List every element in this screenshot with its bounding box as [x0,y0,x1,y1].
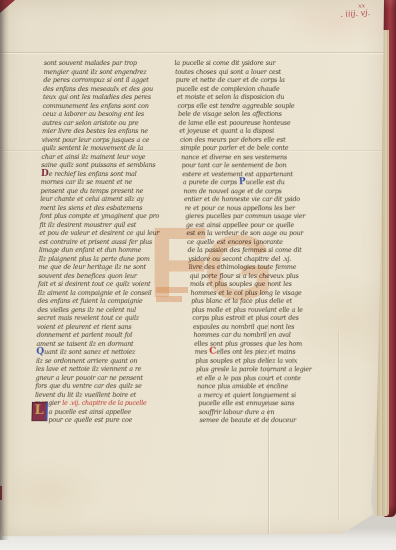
folio-main: . iiij. vj. [340,8,370,19]
text-line: De rechief les enfans sont mal [41,167,149,176]
text-line: communement les enfans sont con [43,99,151,108]
text-line: Quant ilz sont sanez et nettoiez [36,345,144,354]
text-line: semee de beaute et de douceur [199,413,332,422]
text-line: hommes car du nombril en aval [193,328,326,337]
manuscript-page: xx . iiij. vj. L sont souvent malades pa… [2,0,384,536]
watermark-caption-line [156,296,182,302]
text-line: de lame elle est paoureuse honteuse [178,116,311,125]
text-line: voient et pleurent et rient sans [37,320,145,329]
text-line: plus gresle la parole tournant a legier [195,362,328,371]
text-line: pour ce quelle est pure coe [34,413,142,422]
watermark-caption-line [156,287,188,293]
text-line: et pou de valeur et desirent ce qui leur [39,226,147,235]
text-line: autres car selon aristote ou pre [42,116,150,125]
text-line: ment les siens et des esbatemens [40,201,148,210]
text-line: quilz sentent le mouvement de la [42,141,150,150]
text-line: de la passion des femmes si come dit [187,243,320,252]
text-line: sont souvent malades par trop [44,56,152,65]
manuscript-text: pour ce quelle est pure coe [48,416,132,424]
text-line: cion des meurs par dehors elle est [179,133,312,142]
text-line: ilz se ordonnent arriere quant on [36,354,144,363]
text-line: corps plus estroit et plus court des [192,311,325,320]
text-line: Ilz aiment la compaignie et le conseil [38,286,146,295]
text-line: pucelle est de complexion chaude [176,82,309,91]
text-line: nom de nouvel aage et de corps [183,184,316,193]
text-line: mols et plus souples que nont les [189,277,322,286]
text-line: mengier le .vij. chapitre de la pucelle [35,396,143,405]
text-line: est contraire et prisent aussi fer plus [39,235,147,244]
text-line: espaules au nombril que nont les [192,320,325,329]
text-line: pure et nette de cuer et de corps la [175,73,308,82]
text-column-right: la pucelle si come dit ysidore surtoutes… [174,56,332,422]
text-line: leur chante et celui aiment silz ay [40,192,148,201]
text-line: ceuz a laborer au besoing ent les [42,107,150,116]
text-line: vivent pour leur corps jusques a ce [42,133,150,142]
text-line: des enfans des meseaulx et des gou [43,82,151,91]
text-line: mengier quant ilz sont engendrez [44,65,152,74]
text-line: secret mais revelent tout ce quilz [37,311,145,320]
text-line: plus molle et plus rouvelant elle a le [191,303,324,312]
manuscript-text: semee de beaute et de douceur [199,416,296,424]
text-line: fors que du ventre car des quilz se [35,379,143,388]
text-line: donnement et parlent moult fol [37,328,145,337]
text-line: toutes choses qui sont a louer cest [175,65,308,74]
text-column-left: L sont souvent malades par tropmengier q… [34,56,152,422]
text-line: mier livre des bestes les enfans ne [42,124,150,133]
text-line: les lave et nettoie ilz viennent a re [36,362,144,371]
text-line: pensent que du temps present ne [40,184,148,193]
text-line: mes Celles ont les piez et mains [194,345,327,354]
text-line: fit ilz desirent moustrer quil est [40,218,148,227]
parchment-fold [338,330,339,520]
text-line: lievent du lit ilz vueillent boire et [35,388,143,397]
text-line: gieres pucelles par commun usage vier [185,209,318,218]
text-line: saine quilz sont puissans et semblans [41,158,149,167]
text-line: de peres corrompuz si ont il agget [43,73,151,82]
text-line: estere et vestement est appartenant [182,167,315,176]
text-line: Ilz plaignent plus la perte dune pom [39,252,147,261]
text-line: pour tant car le sentement de bon [181,158,314,167]
text-line: souvent des benefices quon leur [38,269,146,278]
text-line: qui porte flour si a les cheveux plus [189,269,322,278]
decorated-initial-L: L [31,402,47,421]
text-line: a pucelle est ainsi appellee [35,405,143,414]
text-line: nance et diverse en ses vestemens [181,150,314,159]
text-line: souffrir labour dure a en [198,405,331,414]
text-line: simple pour parler et de bele conte [180,141,313,150]
text-line: elles sont plus grosses que les hom [194,337,327,346]
text-line: fait et si desirent tout ce quilz voient [38,277,146,286]
gutter-shadow [0,0,9,540]
text-line: et joyeuse et quant a la disposi [179,124,312,133]
text-line: a purete de corps Pucelle est du [182,175,315,184]
text-line: font plus compte et ymaginent que pro [40,209,148,218]
text-line: plus blanc et la face plus delie et [191,294,324,303]
text-line: et moiste et selon la disposicion du [176,90,309,99]
text-line: limage dun enfant et dun homme [39,243,147,252]
text-line: corps elle est tendre aggreable souple [177,99,310,108]
text-line: pucelle elle est ennuyeuse sans [198,396,331,405]
text-line: nance plus amiable et encline [197,379,330,388]
text-line: la pucelle si come dit ysidore sur [174,56,307,65]
text-line: gneur a leur pouoir car ne pensent [36,371,144,380]
text-line: teux qui ont les maladies des peres [43,90,151,99]
text-line: char et ainsi ilz mainent leur voye [41,150,149,159]
text-line: est en la verdeur de son aage ou pour [186,226,319,235]
text-line: a mercy et quiert longuement si [197,388,330,397]
text-line: hommes et le col plus long le visage [190,286,323,295]
photograph-background: xx . iiij. vj. L sont souvent malades pa… [0,0,396,550]
parchment-crease [2,52,384,53]
folio-number: xx . iiij. vj. [340,2,371,18]
text-line: ament se taisent ilz en dormant [36,337,144,346]
text-line: me que de leur heritage ilz ne sont [38,260,146,269]
text-line: livre des ethimologies toute femme [188,260,321,269]
text-line: plus souples et plus deliez la voix [195,354,328,363]
text-line: des vielles gens ilz ne celent nul [37,303,145,312]
text-line: entier et de honneste vie car dit ysido [184,192,317,201]
text-line: des enfans et fuient la compaignie [38,294,146,303]
